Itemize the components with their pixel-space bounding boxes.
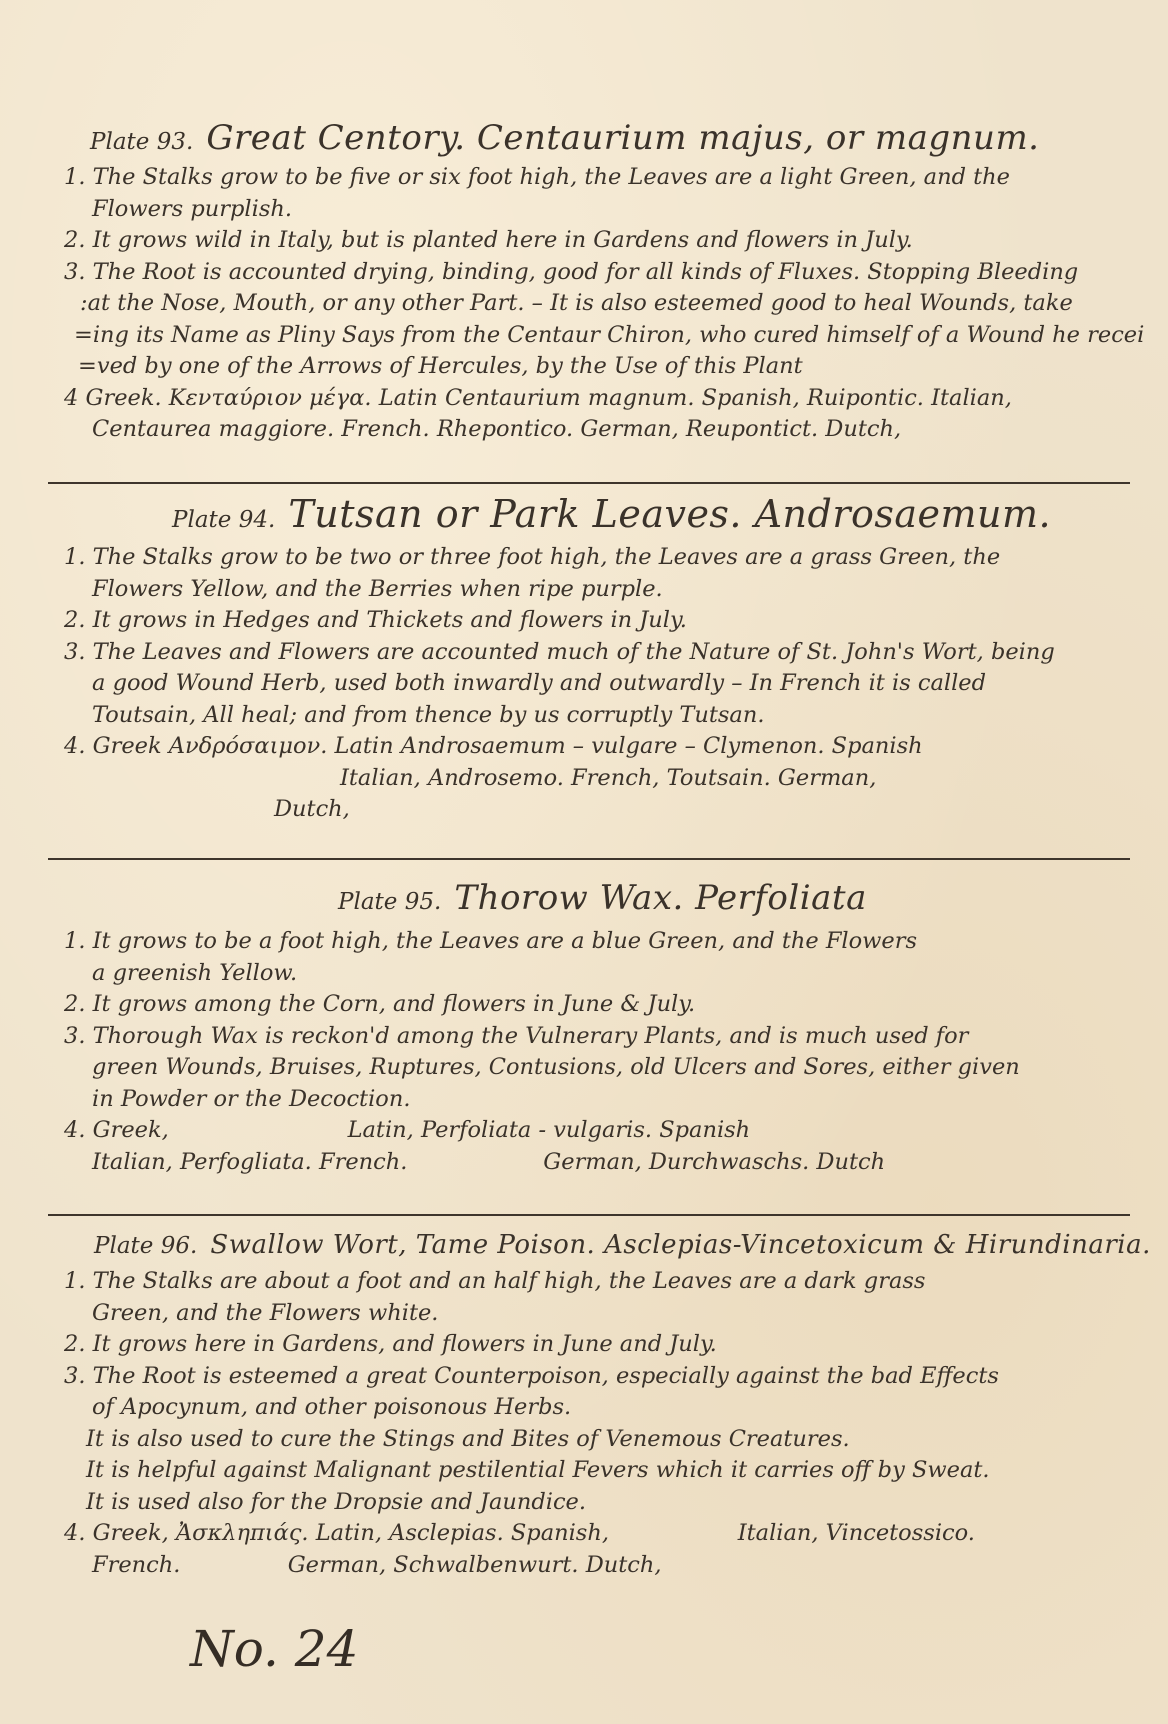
text-line: 2. It grows wild in Italy, but is plante…: [64, 225, 1134, 257]
plate-95-entry: Plate 95. Thorow Wax. Perfoliata 1. It g…: [64, 878, 1134, 1178]
text-line: 2. It grows among the Corn, and flowers …: [64, 989, 1134, 1021]
plate-title: Plate 94. Tutsan or Park Leaves. Androsa…: [64, 492, 1134, 536]
text-line: 3. Thorough Wax is reckon'd among the Vu…: [64, 1021, 1134, 1053]
text-line: 3. The Root is accounted drying, binding…: [64, 257, 1134, 289]
text-line: 1. The Stalks grow to be two or three fo…: [64, 542, 1134, 574]
text-line: 3. The Root is esteemed a great Counterp…: [64, 1361, 1134, 1393]
text-line: Flowers Yellow, and the Berries when rip…: [64, 574, 1134, 606]
plate-title: Plate 95. Thorow Wax. Perfoliata: [64, 878, 1134, 918]
text-line: 3. The Leaves and Flowers are accounted …: [64, 637, 1134, 669]
text-line: Toutsain, All heal; and from thence by u…: [64, 700, 1134, 732]
plate-93-entry: Plate 93. Great Centory. Centaurium maju…: [64, 118, 1134, 446]
text-line: =ing its Name as Pliny Says from the Cen…: [64, 320, 1134, 352]
section-divider: [48, 1214, 1130, 1216]
text-line: French. German, Schwalbenwurt. Dutch,: [64, 1550, 1134, 1582]
text-line: 1. The Stalks are about a foot and an ha…: [64, 1266, 1134, 1298]
text-line: Italian, Perfogliata. French. German, Du…: [64, 1147, 1134, 1179]
plant-name: Thorow Wax. Perfoliata: [454, 878, 866, 918]
page-number: No. 24: [190, 1620, 358, 1678]
text-line: Centaurea maggiore. French. Rhepontico. …: [64, 414, 1134, 446]
text-line: green Wounds, Bruises, Ruptures, Contusi…: [64, 1052, 1134, 1084]
text-line: of Apocynum, and other poisonous Herbs.: [64, 1392, 1134, 1424]
text-line: :at the Nose, Mouth, or any other Part. …: [64, 288, 1134, 320]
plate-number: Plate 96.: [94, 1233, 197, 1259]
plate-96-entry: Plate 96. Swallow Wort, Tame Poison. Asc…: [64, 1230, 1134, 1581]
plant-name: Tutsan or Park Leaves. Androsaemum.: [288, 492, 1051, 536]
text-line: It is helpful against Malignant pestilen…: [64, 1455, 1134, 1487]
text-line: Italian, Androsemo. French, Toutsain. Ge…: [64, 763, 1134, 795]
plate-title: Plate 93. Great Centory. Centaurium maju…: [64, 118, 1134, 158]
text-line: in Powder or the Decoction.: [64, 1084, 1134, 1116]
plant-name: Great Centory. Centaurium majus, or magn…: [206, 118, 1039, 158]
document-page: Plate 93. Great Centory. Centaurium maju…: [0, 0, 1168, 1724]
text-line: 4 Greek. Κενταύριον μέγα. Latin Centauri…: [64, 383, 1134, 415]
section-divider: [48, 858, 1130, 860]
text-line: 4. Greek Ανδρόσαιμον. Latin Androsaemum …: [64, 731, 1134, 763]
text-line: Flowers purplish.: [64, 194, 1134, 226]
text-line: 4. Greek, Ἀσκληπιάς. Latin, Asclepias. S…: [64, 1518, 1134, 1550]
text-line: 1. It grows to be a foot high, the Leave…: [64, 926, 1134, 958]
text-line: 1. The Stalks grow to be five or six foo…: [64, 162, 1134, 194]
text-line: a good Wound Herb, used both inwardly an…: [64, 668, 1134, 700]
text-line: It is used also for the Dropsie and Jaun…: [64, 1487, 1134, 1519]
plate-number: Plate 94.: [172, 507, 275, 533]
plate-title: Plate 96. Swallow Wort, Tame Poison. Asc…: [64, 1230, 1134, 1260]
text-line: a greenish Yellow.: [64, 958, 1134, 990]
text-line: 2. It grows here in Gardens, and flowers…: [64, 1329, 1134, 1361]
text-line: 4. Greek, Latin, Perfoliata - vulgaris. …: [64, 1115, 1134, 1147]
plate-number: Plate 95.: [338, 889, 441, 915]
text-line: Green, and the Flowers white.: [64, 1298, 1134, 1330]
plate-94-entry: Plate 94. Tutsan or Park Leaves. Androsa…: [64, 492, 1134, 826]
text-line: 2. It grows in Hedges and Thickets and f…: [64, 605, 1134, 637]
text-line: Dutch,: [64, 794, 1134, 826]
section-divider: [48, 482, 1130, 484]
text-line: =ved by one of the Arrows of Hercules, b…: [64, 351, 1134, 383]
plate-number: Plate 93.: [90, 129, 193, 155]
plant-name: Swallow Wort, Tame Poison. Asclepias-Vin…: [210, 1230, 1150, 1260]
text-line: It is also used to cure the Stings and B…: [64, 1424, 1134, 1456]
